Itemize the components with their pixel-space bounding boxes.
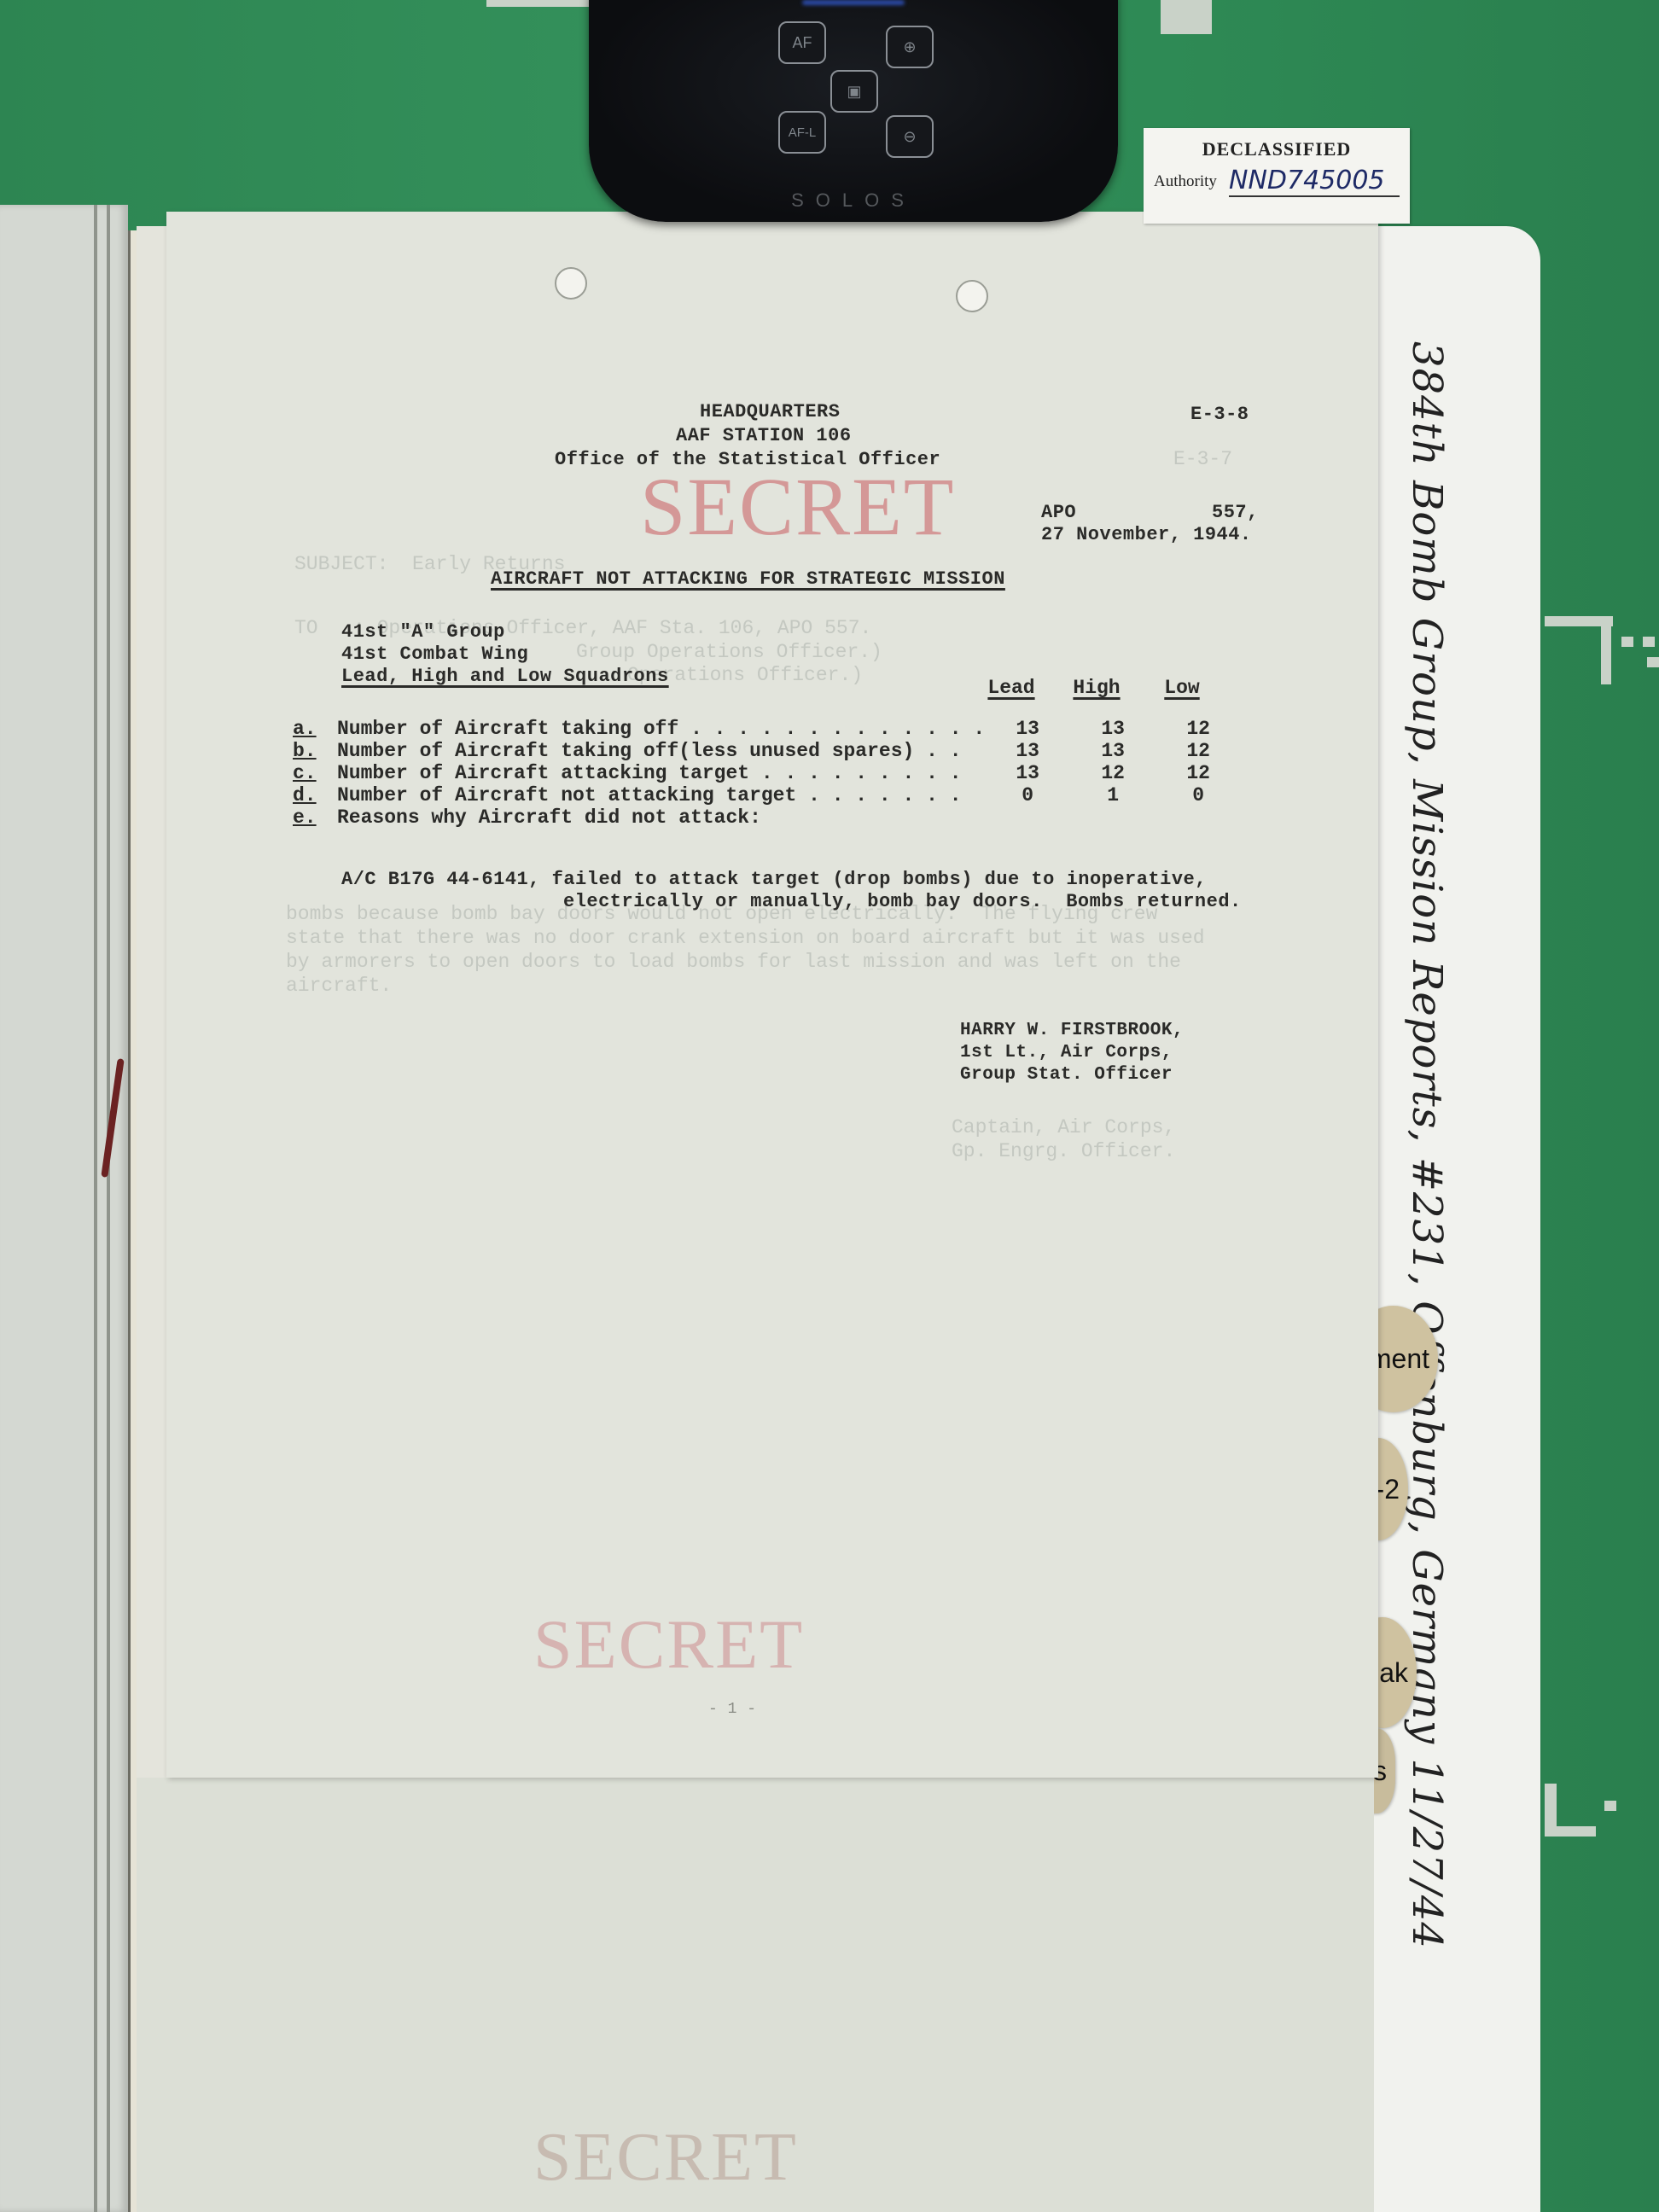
column-headers: LeadHighLow <box>969 677 1225 699</box>
declassified-title: DECLASSIFIED <box>1144 138 1410 160</box>
row-value: 12 <box>1155 740 1241 762</box>
row-value: 0 <box>985 784 1070 806</box>
camera-device: AF ⊕ ▣ AF-L ⊖ SOLOS <box>589 0 1118 222</box>
apo-label: APO <box>1041 502 1076 523</box>
header-line-1: HEADQUARTERS <box>700 401 840 422</box>
document-title: AIRCRAFT NOT ATTACKING FOR STRATEGIC MIS… <box>491 568 1005 590</box>
bleed-body: by armorers to open doors to load bombs … <box>286 951 1181 973</box>
underlying-page: SECRET <box>137 1778 1374 2212</box>
left-paper-stack <box>0 205 128 2212</box>
grid-marking <box>1643 637 1655 647</box>
authority-label: Authority <box>1154 172 1217 191</box>
row-key: c. <box>293 762 337 784</box>
bleed-body: aircraft. <box>286 975 392 997</box>
row-key: e. <box>293 806 337 829</box>
column-lead: Lead <box>969 677 1054 699</box>
camera-icon[interactable]: ▣ <box>830 70 878 113</box>
grid-marking <box>1161 0 1212 34</box>
punch-hole <box>956 280 988 312</box>
reason-line-1: A/C B17G 44-6141, failed to attack targe… <box>341 869 1207 890</box>
bleed-ref: E-3-7 <box>1173 448 1232 470</box>
row-value: 12 <box>1155 718 1241 740</box>
punch-hole <box>555 267 587 300</box>
row-value <box>1155 806 1241 829</box>
index-tab-label: lak <box>1373 1657 1408 1689</box>
unit-line-1: 41st "A" Group <box>341 621 505 643</box>
document-page: SUBJECT: Early Returns TO : Operations O… <box>166 212 1378 1778</box>
signature-name: HARRY W. FIRSTBROOK, <box>960 1021 1184 1040</box>
aircraft-stats-table: a.Number of Aircraft taking off . . . . … <box>293 718 1241 829</box>
row-label: Number of Aircraft taking off(less unuse… <box>337 740 985 762</box>
grid-marking <box>1545 1826 1596 1837</box>
row-value: 13 <box>985 762 1070 784</box>
grid-marking <box>1647 657 1659 667</box>
row-value: 13 <box>1070 740 1155 762</box>
grid-marking <box>1604 1801 1616 1811</box>
row-label: Reasons why Aircraft did not attack: <box>337 806 985 829</box>
grid-marking <box>1601 616 1611 684</box>
row-label: Number of Aircraft attacking target . . … <box>337 762 985 784</box>
column-high: High <box>1054 677 1139 699</box>
authority-value: NND745005 <box>1229 166 1400 197</box>
table-row: a.Number of Aircraft taking off . . . . … <box>293 718 1241 740</box>
bottom-secret-stamp: SECRET <box>533 2119 798 2197</box>
declassified-label: DECLASSIFIED Authority NND745005 <box>1144 128 1410 224</box>
reference-code: E-3-8 <box>1190 404 1249 425</box>
grid-marking <box>1621 637 1633 647</box>
unit-line-2: 41st Combat Wing <box>341 643 528 665</box>
unit-line-3: Lead, High and Low Squadrons <box>341 666 669 687</box>
row-label: Number of Aircraft not attacking target … <box>337 784 985 806</box>
apo-number: 557, <box>1212 502 1259 523</box>
row-label: Number of Aircraft taking off . . . . . … <box>337 718 985 740</box>
row-key: d. <box>293 784 337 806</box>
folder-handwritten-label: 384th Bomb Group, Mission Reports, #231,… <box>1403 341 1451 1843</box>
status-light <box>802 0 905 5</box>
af-lock-button[interactable]: AF-L <box>778 111 826 154</box>
row-value: 12 <box>1070 762 1155 784</box>
signature-rank: 1st Lt., Air Corps, <box>960 1043 1173 1062</box>
table-row: d.Number of Aircraft not attacking targe… <box>293 784 1241 806</box>
footer-secret-stamp: SECRET <box>533 1604 804 1685</box>
row-key: a. <box>293 718 337 740</box>
table-row: c.Number of Aircraft attacking target . … <box>293 762 1241 784</box>
bleed-sig: Gp. Engrg. Officer. <box>952 1140 1175 1162</box>
row-key: b. <box>293 740 337 762</box>
reason-line-2: electrically or manually, bomb bay doors… <box>563 891 1242 912</box>
row-value: 0 <box>1155 784 1241 806</box>
af-button[interactable]: AF <box>778 21 826 64</box>
header-line-2: AAF STATION 106 <box>676 425 852 446</box>
signature-title: Group Stat. Officer <box>960 1065 1173 1085</box>
af-lock-label: AF-L <box>789 125 817 140</box>
page-number: - 1 - <box>708 1701 757 1718</box>
document-date: 27 November, 1944. <box>1041 524 1252 545</box>
row-value: 13 <box>985 718 1070 740</box>
device-brand: SOLOS <box>589 189 1118 212</box>
row-value: 13 <box>985 740 1070 762</box>
table-row: b.Number of Aircraft taking off(less unu… <box>293 740 1241 762</box>
bleed-sig: Captain, Air Corps, <box>952 1116 1175 1138</box>
row-value: 13 <box>1070 718 1155 740</box>
bleed-body: state that there was no door crank exten… <box>286 927 1205 949</box>
row-value: 12 <box>1155 762 1241 784</box>
table-row: e.Reasons why Aircraft did not attack: <box>293 806 1241 829</box>
row-value: 1 <box>1070 784 1155 806</box>
row-value <box>985 806 1070 829</box>
column-low: Low <box>1139 677 1225 699</box>
af-label: AF <box>792 34 812 52</box>
secret-stamp: SECRET <box>640 459 955 554</box>
zoom-in-icon[interactable]: ⊕ <box>886 26 934 68</box>
grid-marking <box>486 0 589 7</box>
bleed-office1: Group Operations Officer.) <box>576 641 882 663</box>
row-value <box>1070 806 1155 829</box>
zoom-out-icon[interactable]: ⊖ <box>886 115 934 158</box>
